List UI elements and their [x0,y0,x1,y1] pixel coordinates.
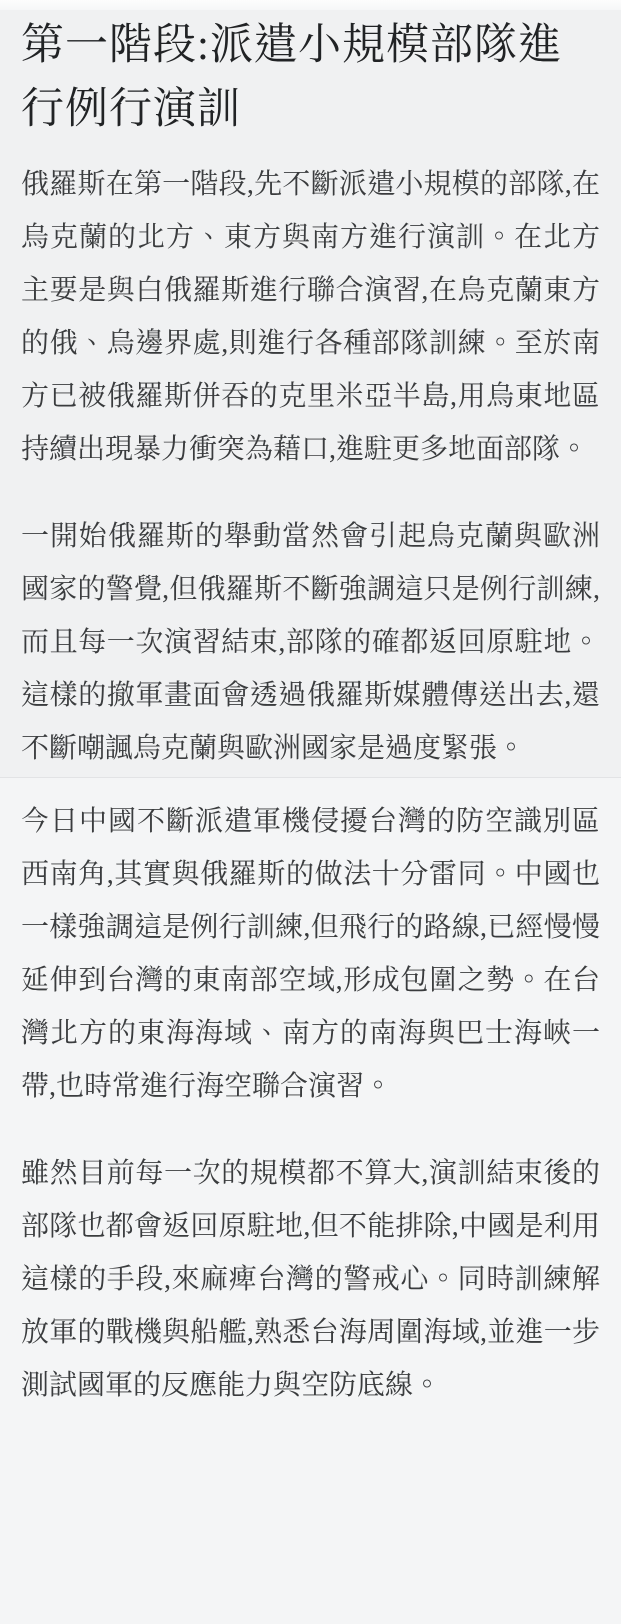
article-heading: 第一階段:派遣小規模部隊進行例行演訓 [21,14,600,142]
article-section-russia: 第一階段:派遣小規模部隊進行例行演訓 俄羅斯在第一階段,先不斷派遣小規模的部隊,… [0,10,621,777]
paragraph-russia-phase1: 俄羅斯在第一階段,先不斷派遣小規模的部隊,在烏克蘭的北方、東方與南方進行演訓。在… [21,158,600,476]
paragraph-china-adiz: 今日中國不斷派遣軍機侵擾台灣的防空識別區西南角,其實與俄羅斯的做法十分雷同。中國… [21,795,600,1113]
paragraph-russia-reaction: 一開始俄羅斯的舉動當然會引起烏克蘭與歐洲國家的警覺,但俄羅斯不斷強調這只是例行訓… [21,510,600,775]
article-page: 第一階段:派遣小規模部隊進行例行演訓 俄羅斯在第一階段,先不斷派遣小規模的部隊,… [0,0,621,1624]
article-section-china: 今日中國不斷派遣軍機侵擾台灣的防空識別區西南角,其實與俄羅斯的做法十分雷同。中國… [0,778,621,1412]
stitch-top-strip [0,0,621,10]
paragraph-china-intent: 雖然目前每一次的規模都不算大,演訓結束後的部隊也都會返回原駐地,但不能排除,中國… [21,1147,600,1412]
